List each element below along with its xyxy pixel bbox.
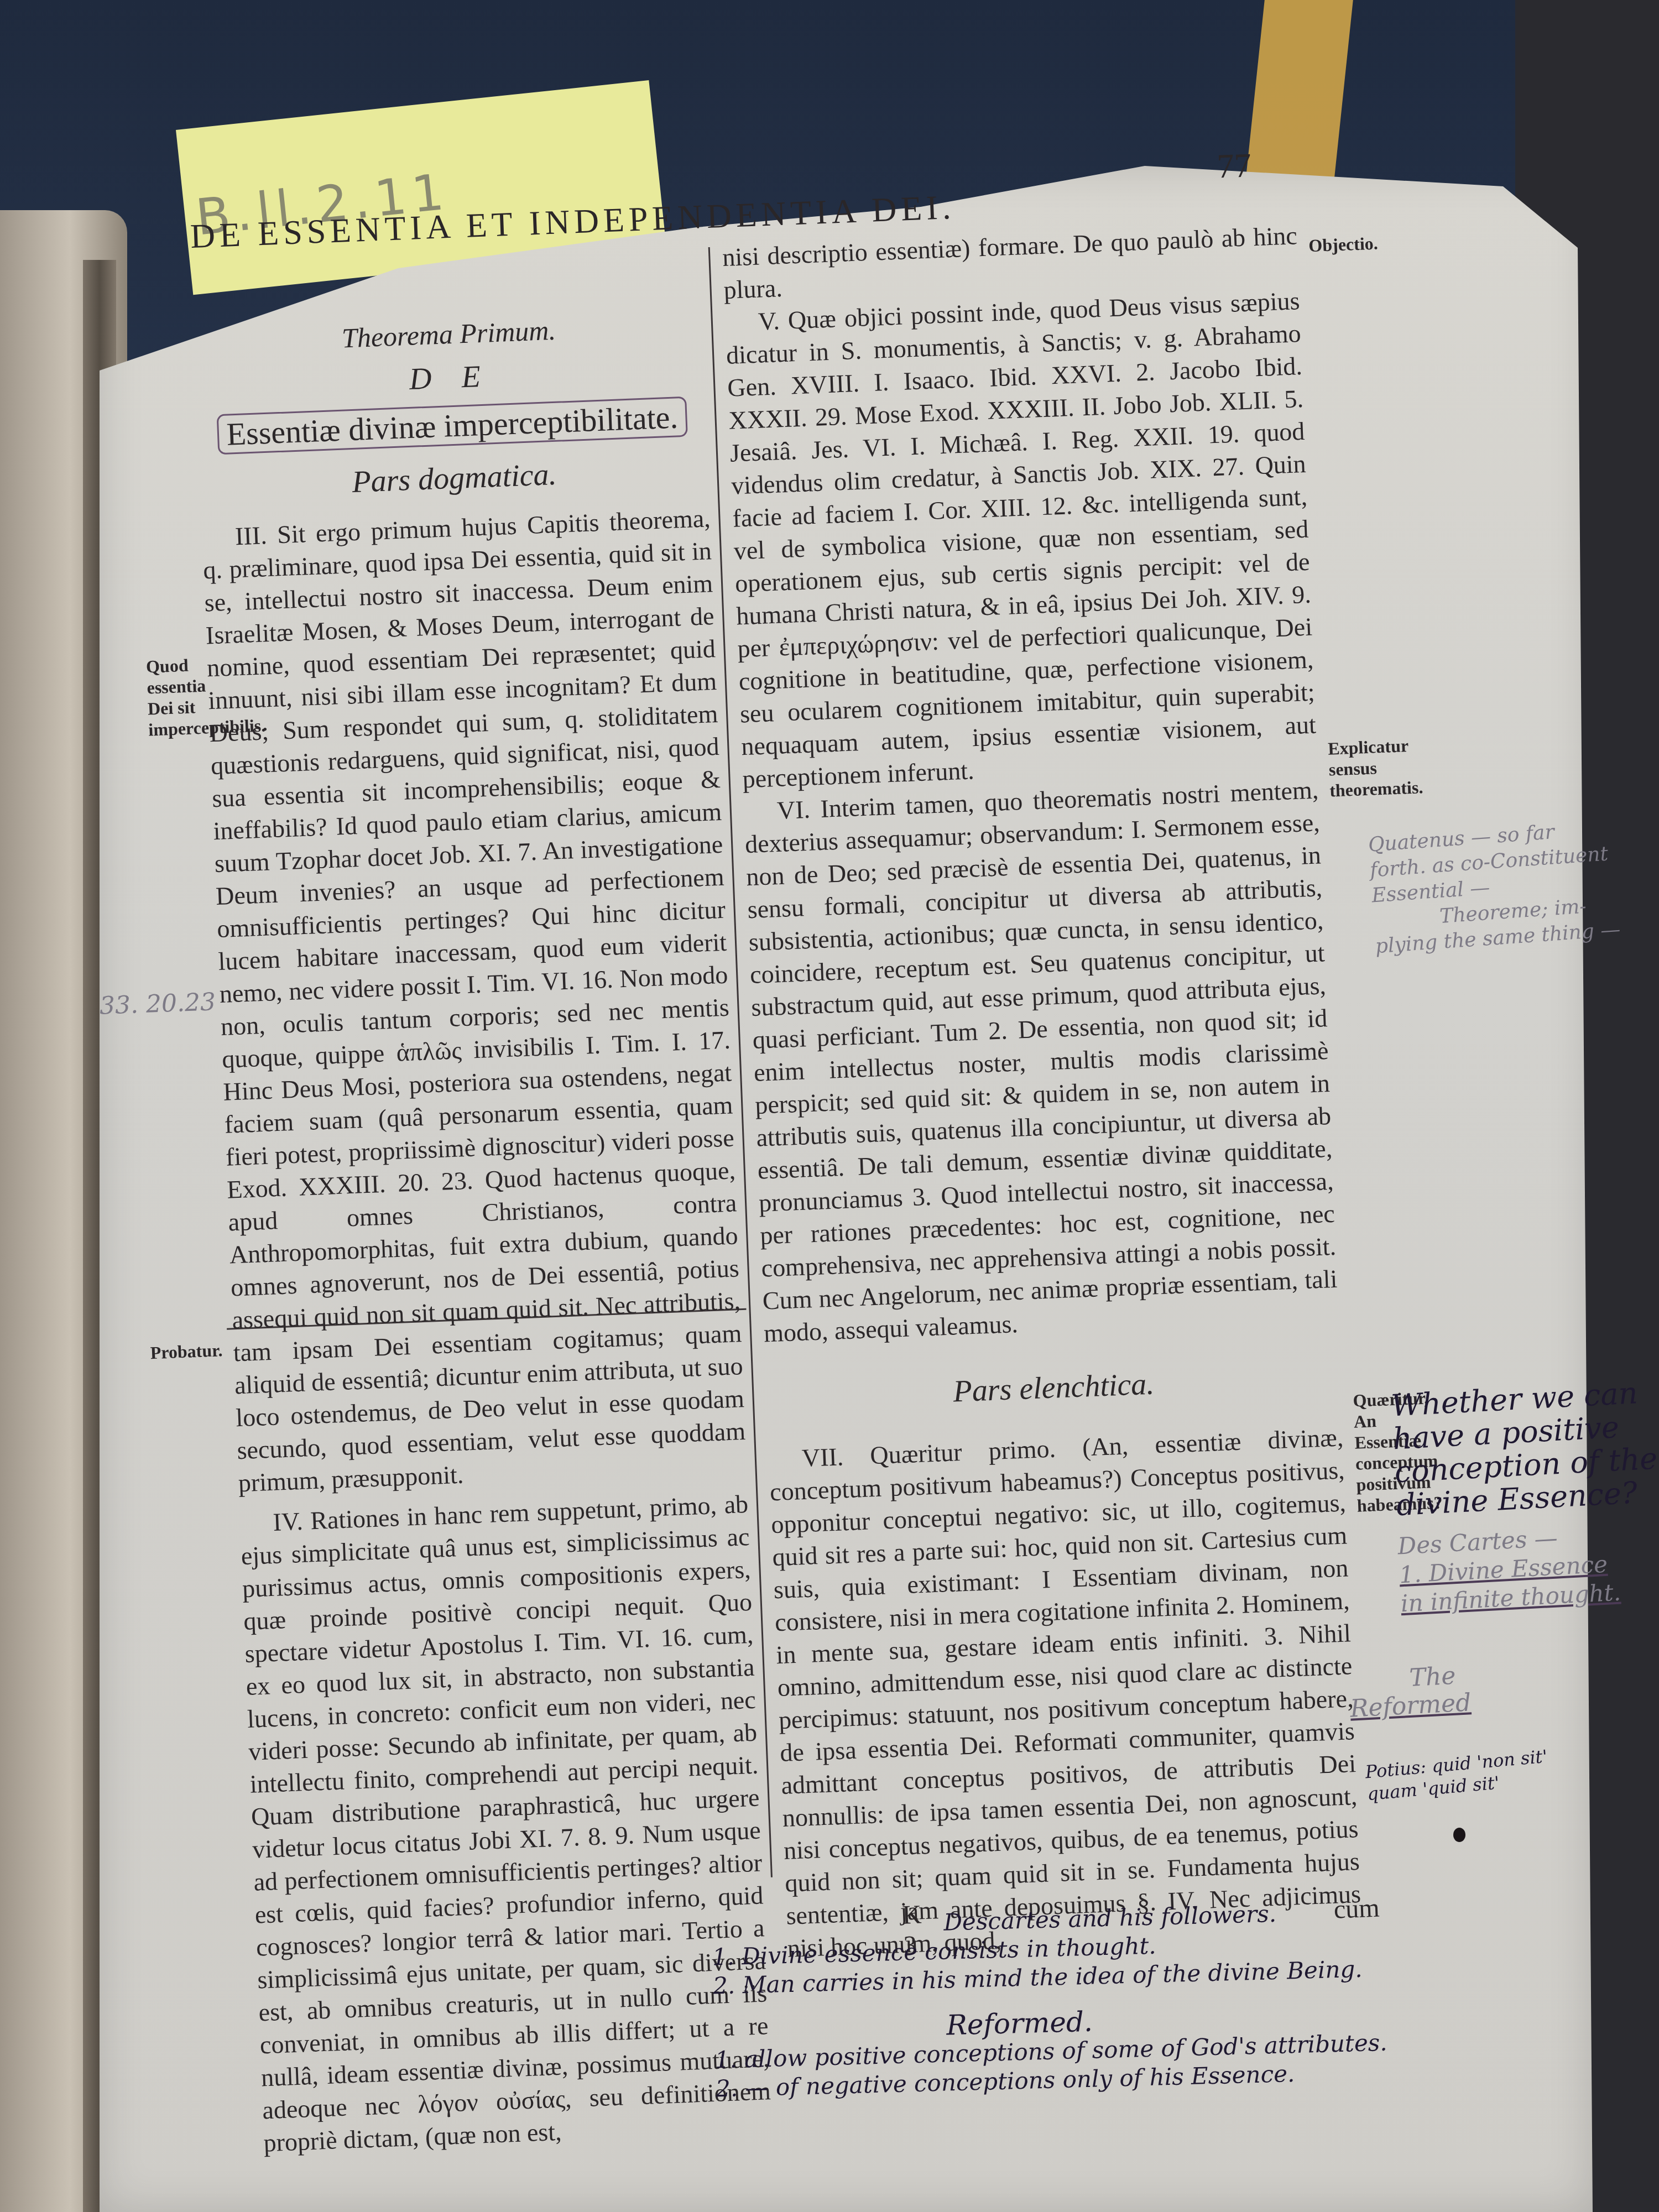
paragraph-iii: III. Sit ergo primum hujus Capitis theor… xyxy=(201,502,747,1499)
paragraph-v: V. Quæ objici possint inde, quod Deus vi… xyxy=(724,284,1318,795)
margin-note-objectio: Objectio. xyxy=(1308,233,1364,257)
left-column: Theorema Primum. D E Essentiæ divinæ imp… xyxy=(194,309,773,2159)
paragraph-iv: IV. Rationes in hanc rem suppetunt, prim… xyxy=(239,1488,773,2159)
margin-note-quod-essentia: Quod essentia Dei sit imperceptibilis. xyxy=(145,654,204,740)
paragraph-vii: VII. Quæritur primo. (An, essentiæ divin… xyxy=(768,1421,1363,1965)
page-number: 77 xyxy=(1216,146,1252,186)
annotation-left-margin-reference: 33. 20.23 xyxy=(99,988,216,1020)
right-column: nisi descriptio essentiæ) formare. De qu… xyxy=(722,219,1363,1965)
annotation-the-reformed: The Reformed xyxy=(1348,1661,1472,1723)
subject-heading: Essentiæ divinæ imperceptibilitate. xyxy=(216,397,688,455)
annotation-bottom-notes: Descartes and his followers. 1. Divine e… xyxy=(711,1890,1628,2103)
paragraph-vi: VI. Interim tamen, quo theorematis nostr… xyxy=(743,773,1339,1349)
margin-note-probatur: Probatur. xyxy=(150,1339,223,1363)
ink-blot xyxy=(1453,1828,1465,1842)
annotation-des-cartes-pencil: Des Cartes — 1. Divine Essence in infini… xyxy=(1397,1521,1621,1619)
pars-elenchtica-heading: Pars elenchtica. xyxy=(766,1361,1342,1416)
pars-dogmatica-heading: Pars dogmatica. xyxy=(200,452,709,504)
margin-note-explicatur: Explicatur sensus theorematis. xyxy=(1328,735,1391,801)
annotation-whether-positive-conception: Whether we can have a positive conceptio… xyxy=(1390,1376,1659,1522)
annotation-quatenus: Quatenus — so far forth. as co-Constitue… xyxy=(1368,816,1621,959)
